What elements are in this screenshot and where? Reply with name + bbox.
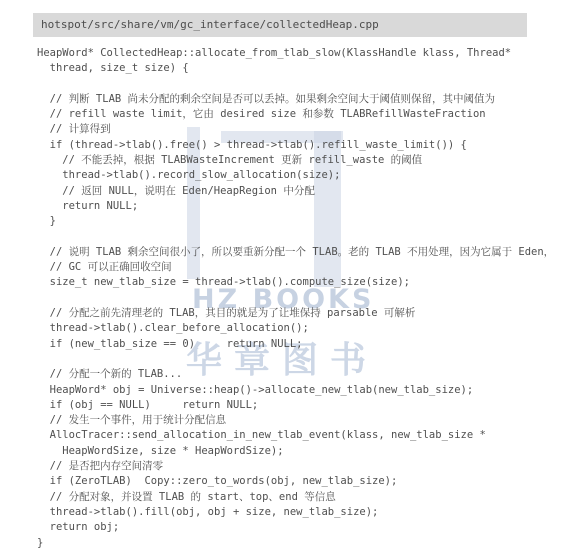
code-line: }	[37, 536, 569, 551]
code-line: if (ZeroTLAB) Copy::zero_to_words(obj, n…	[37, 474, 569, 489]
code-line: // refill waste limit，它由 desired size 和参…	[37, 107, 569, 122]
code-line: // 说明 TLAB 剩余空间很小了，所以要重新分配一个 TLAB。老的 TLA…	[37, 245, 569, 260]
code-line: // 是否把内存空间清零	[37, 459, 569, 474]
code-line: return obj;	[37, 520, 569, 535]
code-line: thread, size_t size) {	[37, 61, 569, 76]
code-line: return NULL;	[37, 199, 569, 214]
code-line: size_t new_tlab_size = thread->tlab().co…	[37, 275, 569, 290]
file-path: hotspot/src/share/vm/gc_interface/collec…	[41, 18, 379, 31]
code-line: if (obj == NULL) return NULL;	[37, 398, 569, 413]
code-line: // 不能丢掉，根据 TLABWasteIncrement 更新 refill_…	[37, 153, 569, 168]
code-line: // 分配之前先清理老的 TLAB，其目的就是为了让堆保持 parsable 可…	[37, 306, 569, 321]
code-line: thread->tlab().fill(obj, obj + size, new…	[37, 505, 569, 520]
code-line: // 分配对象，并设置 TLAB 的 start、top、end 等信息	[37, 490, 569, 505]
code-line	[37, 352, 569, 367]
code-line: HeapWord* obj = Universe::heap()->alloca…	[37, 383, 569, 398]
code-line: HeapWord* CollectedHeap::allocate_from_t…	[37, 46, 569, 61]
code-line: // 返回 NULL，说明在 Eden/HeapRegion 中分配	[37, 184, 569, 199]
code-line: HeapWordSize, size * HeapWordSize);	[37, 444, 569, 459]
code-listing: HeapWord* CollectedHeap::allocate_from_t…	[37, 46, 569, 551]
code-line: // 分配一个新的 TLAB...	[37, 367, 569, 382]
code-line: if (new_tlab_size == 0) return NULL;	[37, 337, 569, 352]
code-line: thread->tlab().clear_before_allocation()…	[37, 321, 569, 336]
code-line: }	[37, 214, 569, 229]
code-line: // GC 可以正确回收空间	[37, 260, 569, 275]
code-line: AllocTracer::send_allocation_in_new_tlab…	[37, 428, 569, 443]
code-line: // 计算得到	[37, 122, 569, 137]
code-line	[37, 230, 569, 245]
code-line: // 判断 TLAB 尚未分配的剩余空间是否可以丢掉。如果剩余空间大于阈值则保留…	[37, 92, 569, 107]
code-line: // 发生一个事件，用于统计分配信息	[37, 413, 569, 428]
code-line	[37, 77, 569, 92]
file-path-header: hotspot/src/share/vm/gc_interface/collec…	[33, 13, 527, 37]
book-page: HZ BOOKS 华章图书 hotspot/src/share/vm/gc_in…	[0, 0, 574, 554]
code-line: if (thread->tlab().free() > thread->tlab…	[37, 138, 569, 153]
code-line	[37, 291, 569, 306]
code-line: thread->tlab().record_slow_allocation(si…	[37, 168, 569, 183]
